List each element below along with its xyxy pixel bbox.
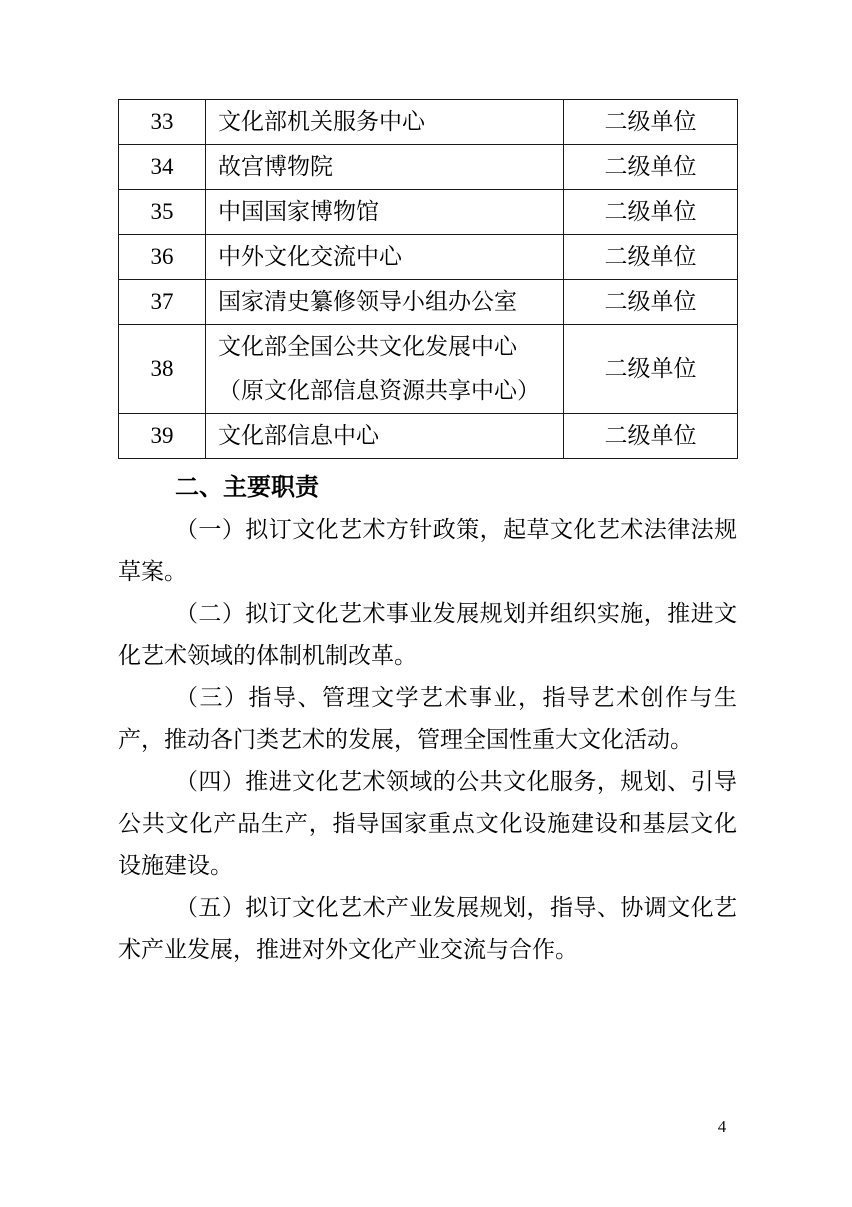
- unit-type-cell: 二级单位: [564, 414, 738, 459]
- row-number-cell: 36: [119, 235, 206, 280]
- table-row: 39 文化部信息中心 二级单位: [119, 414, 738, 459]
- table-row: 36 中外文化交流中心 二级单位: [119, 235, 738, 280]
- unit-type-cell: 二级单位: [564, 145, 738, 190]
- units-table: 33 文化部机关服务中心 二级单位 34 故宫博物院 二级单位 35 中国国家博…: [118, 99, 738, 459]
- paragraph: （二）拟订文化艺术事业发展规划并组织实施，推进文化艺术领域的体制机制改革。: [118, 593, 737, 677]
- row-number-cell: 33: [119, 100, 206, 145]
- row-number-cell: 38: [119, 325, 206, 414]
- row-number-cell: 35: [119, 190, 206, 235]
- row-number-cell: 37: [119, 280, 206, 325]
- unit-name-cell: 文化部全国公共文化发展中心（原文化部信息资源共享中心）: [206, 325, 564, 414]
- paragraph: （三）指导、管理文学艺术事业，指导艺术创作与生产，推动各门类艺术的发展，管理全国…: [118, 677, 737, 761]
- row-number-cell: 34: [119, 145, 206, 190]
- paragraph: （一）拟订文化艺术方针政策，起草文化艺术法律法规草案。: [118, 509, 737, 593]
- unit-name-cell: 中国国家博物馆: [206, 190, 564, 235]
- document-page: 33 文化部机关服务中心 二级单位 34 故宫博物院 二级单位 35 中国国家博…: [0, 0, 852, 1207]
- unit-type-cell: 二级单位: [564, 190, 738, 235]
- row-number-cell: 39: [119, 414, 206, 459]
- table-row: 38 文化部全国公共文化发展中心（原文化部信息资源共享中心） 二级单位: [119, 325, 738, 414]
- unit-name-cell: 中外文化交流中心: [206, 235, 564, 280]
- unit-type-cell: 二级单位: [564, 100, 738, 145]
- section-heading: 二、主要职责: [118, 467, 737, 509]
- main-responsibilities-section: 二、主要职责 （一）拟订文化艺术方针政策，起草文化艺术法律法规草案。 （二）拟订…: [118, 467, 737, 971]
- table-row: 35 中国国家博物馆 二级单位: [119, 190, 738, 235]
- unit-name-cell: 故宫博物院: [206, 145, 564, 190]
- table-row: 33 文化部机关服务中心 二级单位: [119, 100, 738, 145]
- table-row: 37 国家清史纂修领导小组办公室 二级单位: [119, 280, 738, 325]
- unit-type-cell: 二级单位: [564, 325, 738, 414]
- unit-type-cell: 二级单位: [564, 280, 738, 325]
- paragraph: （五）拟订文化艺术产业发展规划，指导、协调文化艺术产业发展，推进对外文化产业交流…: [118, 887, 737, 971]
- page-number: 4: [710, 1116, 734, 1138]
- unit-type-cell: 二级单位: [564, 235, 738, 280]
- paragraph: （四）推进文化艺术领域的公共文化服务，规划、引导公共文化产品生产，指导国家重点文…: [118, 761, 737, 887]
- unit-name-cell: 文化部机关服务中心: [206, 100, 564, 145]
- table-row: 34 故宫博物院 二级单位: [119, 145, 738, 190]
- unit-name-cell: 国家清史纂修领导小组办公室: [206, 280, 564, 325]
- unit-name-cell: 文化部信息中心: [206, 414, 564, 459]
